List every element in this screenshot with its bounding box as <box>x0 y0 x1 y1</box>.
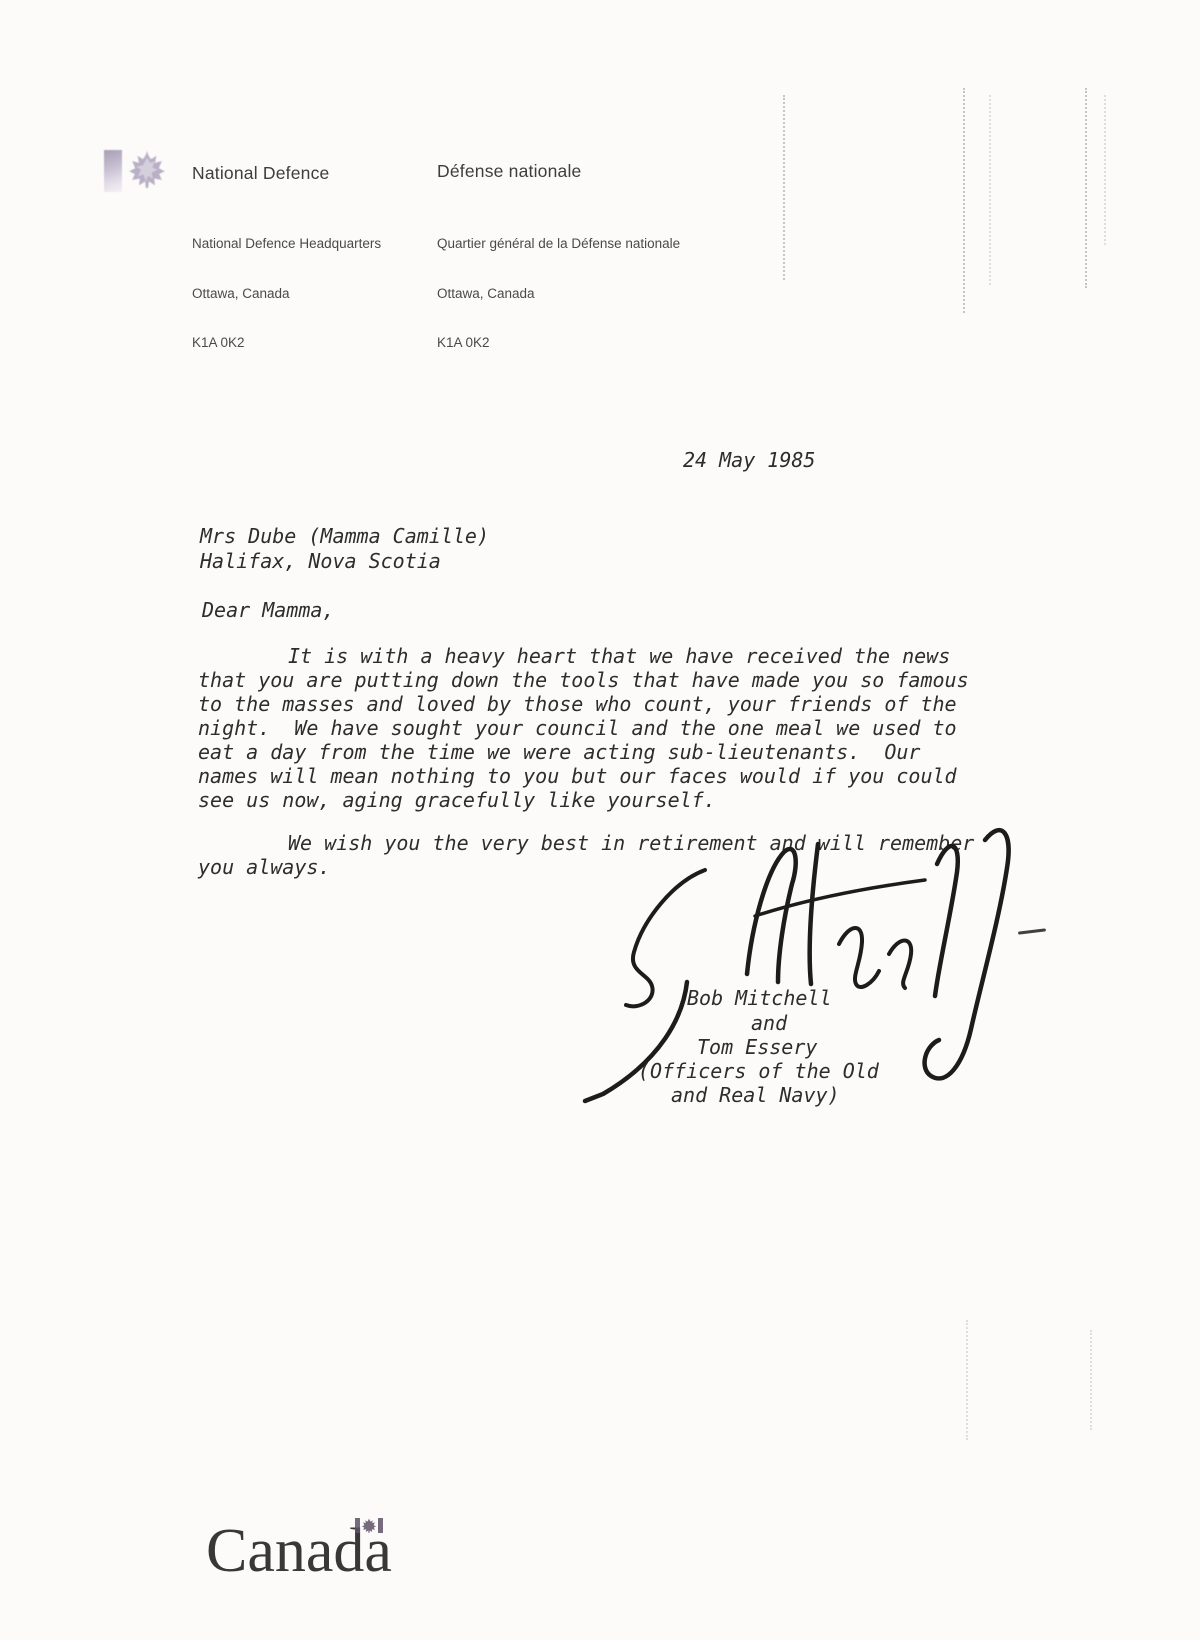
header-en-line3: K1A 0K2 <box>192 335 381 352</box>
maple-leaf-icon <box>128 148 166 190</box>
flag-bar <box>104 150 122 192</box>
header-title-en: National Defence <box>192 163 329 184</box>
para1-line: to the masses and loved by those who cou… <box>198 692 957 716</box>
scan-artifact <box>963 88 965 313</box>
para1-line: names will mean nothing to you but our f… <box>198 764 957 788</box>
scan-artifact <box>989 95 991 285</box>
header-fr-line2: Ottawa, Canada <box>437 286 680 303</box>
para1-line: see us now, aging gracefully like yourse… <box>198 788 716 812</box>
signatory-name-1: Bob Mitchell <box>687 986 832 1010</box>
signature-title-1: (Officers of the Old <box>638 1059 879 1083</box>
para1-line: night. We have sought your council and t… <box>198 716 957 740</box>
para1-line: that you are putting down the tools that… <box>198 668 969 692</box>
signatory-name-2: Tom Essery <box>697 1035 817 1059</box>
maple-leaf-icon <box>361 1518 377 1533</box>
para1-line: It is with a heavy heart that we have re… <box>198 644 950 668</box>
para1-line: eat a day from the time we were acting s… <box>198 740 920 764</box>
recipient-line1: Mrs Dube (Mamma Camille) <box>200 524 489 548</box>
para2-line: you always. <box>198 855 330 879</box>
scan-artifact <box>783 95 785 280</box>
header-en-line2: Ottawa, Canada <box>192 286 381 303</box>
header-address-en: National Defence Headquarters Ottawa, Ca… <box>192 203 381 385</box>
header-fr-line3: K1A 0K2 <box>437 335 680 352</box>
salutation: Dear Mamma, <box>202 598 334 622</box>
flag-bar <box>355 1518 360 1533</box>
header-fr-line1: Quartier général de la Défense nationale <box>437 236 680 253</box>
signature-and: and <box>751 1011 787 1035</box>
scan-artifact <box>1085 88 1087 288</box>
scan-artifact <box>1104 95 1106 245</box>
header-title-fr: Défense nationale <box>437 161 581 182</box>
header-en-line1: National Defence Headquarters <box>192 236 381 253</box>
canada-flag-icon <box>104 148 166 194</box>
signature-title-2: and Real Navy) <box>671 1083 840 1107</box>
scan-artifact <box>966 1320 968 1440</box>
header-address-fr: Quartier général de la Défense nationale… <box>437 203 680 385</box>
flag-bar <box>378 1518 383 1533</box>
letter-date: 24 May 1985 <box>683 448 815 472</box>
scan-artifact <box>1090 1330 1092 1430</box>
recipient-line2: Halifax, Nova Scotia <box>200 549 441 573</box>
canada-flag-icon <box>355 1518 383 1535</box>
scanned-letter-page: National Defence Défense nationale Natio… <box>0 0 1200 1640</box>
